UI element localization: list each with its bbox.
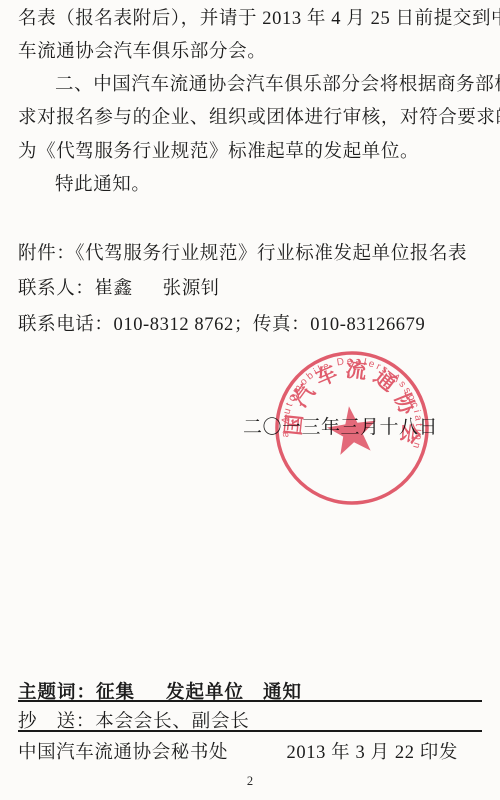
official-seal: China Automobile Dealers Association 中国汽… <box>270 346 434 510</box>
keyword-2: 发起单位 <box>166 681 244 702</box>
body-line-6: 特此通知。 <box>18 173 484 197</box>
contact-name-2: 张源钊 <box>163 279 220 299</box>
keywords-label: 主题词： <box>18 681 96 702</box>
body-line-4: 求对报名参与的企业、组织或团体进行审核，对符合要求的将作 <box>18 106 484 130</box>
cc-label: 抄 送： <box>18 712 95 732</box>
body-line-1: 名表（报名表附后），并请于 2013 年 4 月 25 日前提交到中国汽 <box>18 7 484 31</box>
print-date: 2013 年 3 月 22 印发 <box>287 738 458 764</box>
keyword-1: 征集 <box>96 681 135 702</box>
body-line-2: 车流通协会汽车俱乐部分会。 <box>18 40 484 64</box>
body-line-3: 二、中国汽车流通协会汽车俱乐部分会将根据商务部相关要 <box>18 73 484 97</box>
divider-rule-2 <box>18 730 482 732</box>
issuer-name: 中国汽车流通协会秘书处 <box>18 738 228 764</box>
seal-graphic: China Automobile Dealers Association 中国汽… <box>270 346 434 510</box>
contact-label: 联系人： <box>18 279 94 299</box>
issuer-line: 中国汽车流通协会秘书处 2013 年 3 月 22 印发 <box>18 738 458 764</box>
cc-value: 本会会长、副会长 <box>95 712 249 732</box>
keyword-3: 通知 <box>263 681 302 702</box>
divider-rule-1 <box>18 700 482 702</box>
page-number: 2 <box>0 774 500 789</box>
body-line-5: 为《代驾服务行业规范》标准起草的发起单位。 <box>18 140 484 164</box>
document-page: 名表（报名表附后），并请于 2013 年 4 月 25 日前提交到中国汽 车流通… <box>0 0 500 800</box>
red-star-icon <box>324 403 379 456</box>
contact-line: 联系人：崔鑫张源钊 <box>18 277 484 301</box>
contact-name-1: 崔鑫 <box>94 279 132 299</box>
attachment-line: 附件：《代驾服务行业规范》行业标准发起单位报名表 <box>18 242 484 266</box>
phone-line: 联系电话：010-8312 8762；传真：010-83126679 <box>18 313 484 337</box>
